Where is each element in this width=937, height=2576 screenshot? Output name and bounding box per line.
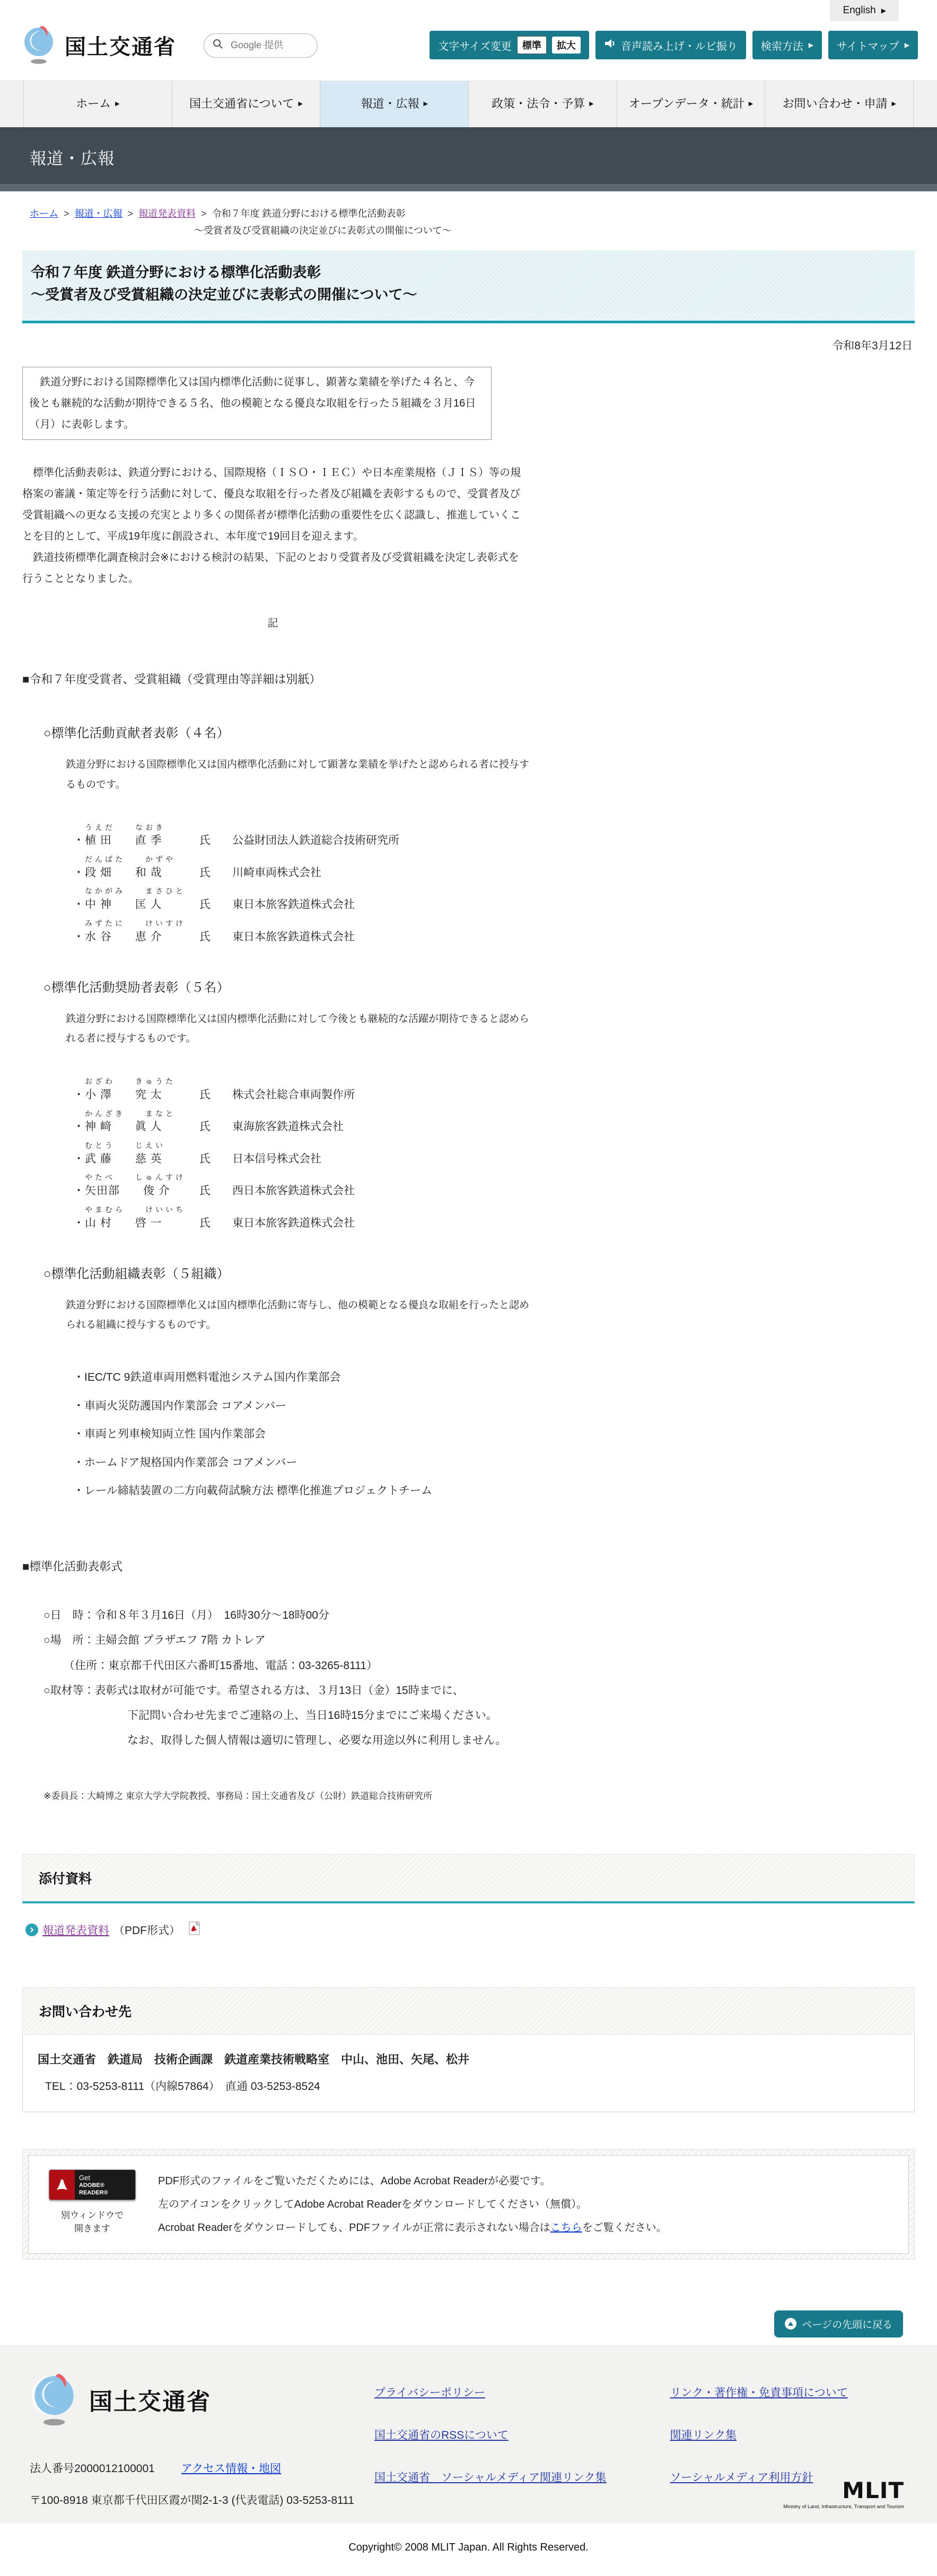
breadcrumb-home[interactable]: ホーム <box>30 208 58 219</box>
english-label: English <box>843 5 875 16</box>
breadcrumb-current-line2: ～受賞者及び受賞組織の決定並びに表彰式の開催について～ <box>194 222 907 239</box>
ceremony-address: （住所：東京都千代田区六番町15番地、電話：03-3265-8111） <box>64 1653 523 1678</box>
breadcrumb-current-line1: 令和７年度 鉄道分野における標準化活動表彰 <box>212 208 406 219</box>
honorific: 氏 <box>199 1150 232 1168</box>
chevron-right-icon: ▶ <box>809 41 813 49</box>
ceremony-press-line1: ○取材等：表彰式は取材が可能です。希望される方は、３月13日（金）15時までに、 <box>43 1678 523 1703</box>
contributors-list: うえだ なおき ・植 田 直 季 氏 公益財団法人鉄道総合技術研究所 だんばた … <box>73 823 523 946</box>
awardees-heading: ■令和７年度受賞者、受賞組織（受賞理由等詳細は別紙） <box>22 668 523 691</box>
recipient-name: ・中 神 匡 人 <box>73 896 199 914</box>
chevron-right-icon: ▶ <box>589 100 593 108</box>
furigana: やたべ しゅんすけ <box>85 1173 523 1182</box>
social-media-links-link[interactable]: 国土交通省 ソーシャルメディア関連リンク集 <box>374 2469 606 2485</box>
contact-department: 国土交通省 鉄道局 技術企画課 鉄道産業技術戦略室 中山、池田、矢尾、松井 <box>38 2051 899 2067</box>
corporate-number-row: 法人番号2000012100001 アクセス情報・地図 <box>30 2460 374 2476</box>
nav-label: 政策・法令・予算 <box>492 96 585 112</box>
furigana: むとう じえい <box>85 1141 523 1150</box>
adobe-line1: PDF形式のファイルをご覧いただくためには、Adobe Acrobat Read… <box>158 2169 667 2193</box>
organizations-list: ・IEC/TC 9鉄道車両用燃料電池システム国内作業部会 ・車両火災防護国内作業… <box>73 1363 523 1505</box>
list-item: ・車両火災防護国内作業部会 コアメンバー <box>73 1392 523 1421</box>
honorific: 氏 <box>199 1086 232 1104</box>
honorific: 氏 <box>199 1118 232 1136</box>
nav-label: 国土交通省について <box>189 96 294 112</box>
search-method-label: 検索方法 <box>761 38 803 53</box>
get-adobe-reader-badge[interactable]: Get ADOBE® READER® <box>49 2169 136 2200</box>
rss-link[interactable]: 国土交通省のRSSについて <box>374 2427 606 2442</box>
breadcrumb: ホーム>報道・広報>報道発表資料>令和７年度 鉄道分野における標準化活動表彰 ～… <box>0 191 937 244</box>
article: 令和７年度 鉄道分野における標準化活動表彰 ～受賞者及び受賞組織の決定並びに表彰… <box>0 250 937 2337</box>
search-method-button[interactable]: 検索方法 ▶ <box>752 31 822 59</box>
adobe-line2: 左のアイコンをクリックしてAdobe Acrobat Readerをダウンロード… <box>158 2193 667 2216</box>
nav-label: オープンデータ・統計 <box>629 96 745 112</box>
list-item: ・レール締結装置の二方向載荷試験方法 標準化推進プロジェクトチーム <box>73 1477 523 1505</box>
list-item: むとう じえい ・武 藤 慈 英 氏 日本信号株式会社 <box>73 1141 523 1168</box>
honorific: 氏 <box>199 1214 232 1232</box>
ceremony-press-line2: 下記問い合わせ先までご連絡の上、当日16時15分までにご来場ください。 <box>127 1703 523 1728</box>
furigana: おざわ きゅうた <box>85 1077 523 1086</box>
recipient-org: 東日本旅客鉄道株式会社 <box>232 1214 355 1232</box>
furigana: みずたに けいすけ <box>85 919 523 928</box>
list-item: だんばた かずや ・段 畑 和 哉 氏 川崎車両株式会社 <box>73 855 523 881</box>
list-item: なかがみ まさひと ・中 神 匡 人 氏 東日本旅客鉄道株式会社 <box>73 887 523 913</box>
list-item: やまむら けいいち ・山 村 啓 一 氏 東日本旅客鉄道株式会社 <box>73 1205 523 1232</box>
recipient-org: 日本信号株式会社 <box>232 1150 321 1168</box>
furigana: なかがみ まさひと <box>85 887 523 896</box>
nav-item-contact[interactable]: お問い合わせ・申請 ▶ <box>765 81 914 127</box>
breadcrumb-press[interactable]: 報道・広報 <box>75 208 122 219</box>
list-item: ・IEC/TC 9鉄道車両用燃料電池システム国内作業部会 <box>73 1363 523 1392</box>
ceremony-place: ○場 所：主婦会館 プラザエフ 7階 カトレア <box>43 1628 523 1653</box>
kochira-link[interactable]: こちら <box>550 2222 582 2234</box>
chevron-right-icon: ▶ <box>891 100 896 108</box>
ceremony-datetime: ○日 時：令和８年３月16日（月） 16時30分～18時00分 <box>43 1603 523 1628</box>
back-to-top-button[interactable]: ページの先頭に戻る <box>774 2310 903 2337</box>
nav-label: ホーム <box>76 96 111 112</box>
mlit-wordmark: MLIT Ministry of Land, Infrastructure, T… <box>783 2480 904 2510</box>
list-item: うえだ なおき ・植 田 直 季 氏 公益財団法人鉄道総合技術研究所 <box>73 823 523 850</box>
recipient-name: ・神 﨑 眞 人 <box>73 1118 199 1136</box>
adobe-logo-icon <box>49 2170 75 2200</box>
access-map-link[interactable]: アクセス情報・地図 <box>181 2463 281 2475</box>
footer-identity: 国土交通省 法人番号2000012100001 アクセス情報・地図 〒100-8… <box>30 2370 374 2508</box>
breadcrumb-separator: > <box>64 208 69 219</box>
back-to-top-row: ページの先頭に戻る <box>22 2310 903 2337</box>
site-title[interactable]: 国土交通省 <box>65 30 176 60</box>
recipient-name: ・小 澤 究 太 <box>73 1086 199 1104</box>
honorific: 氏 <box>199 1182 232 1200</box>
adobe-notice-text: PDF形式のファイルをご覧いただくためには、Adobe Acrobat Read… <box>158 2169 667 2239</box>
paragraph-2: 鉄道技術標準化調査検討会※における検討の結果、下記のとおり受賞者及び受賞組織を決… <box>22 547 523 589</box>
footer-address: 〒100-8918 東京都千代田区霞が関2-1-3 (代表電話) 03-5253… <box>30 2492 374 2508</box>
nav-label: お問い合わせ・申請 <box>782 96 887 112</box>
font-size-button[interactable]: 文字サイズ変更 標準 拡大 <box>430 31 589 59</box>
recipient-org: 株式会社総合車両製作所 <box>232 1086 355 1104</box>
list-item: かんざき まなと ・神 﨑 眞 人 氏 東海旅客鉄道株式会社 <box>73 1109 523 1136</box>
global-nav: ホーム ▶ 国土交通省について ▶ 報道・広報 ▶ 政策・法令・予算 ▶ オープ… <box>0 81 937 127</box>
footer-links: プライバシーポリシー 国土交通省のRSSについて 国土交通省 ソーシャルメディア… <box>374 2384 848 2508</box>
section-title: 報道・広報 <box>30 145 907 169</box>
attachment-row: 報道発表資料 （PDF形式） <box>25 1921 915 1938</box>
font-size-label: 文字サイズ変更 <box>438 38 511 53</box>
encouragement-list: おざわ きゅうた ・小 澤 究 太 氏 株式会社総合車両製作所 かんざき まなと… <box>73 1077 523 1232</box>
chevron-right-icon: ▶ <box>423 100 427 108</box>
recipient-org: 川崎車両株式会社 <box>232 864 321 882</box>
tts-label: 音声読み上げ・ルビ振り <box>621 38 738 53</box>
adobe-notice: Get ADOBE® READER® 別ウィンドウで 開きます PDF形式のファ… <box>22 2149 915 2260</box>
contact-box: 国土交通省 鉄道局 技術企画課 鉄道産業技術戦略室 中山、池田、矢尾、松井 TE… <box>22 2035 915 2112</box>
list-item: ・車両と列車検知両立性 国内作業部会 <box>73 1420 523 1449</box>
related-links-link[interactable]: 関連リンク集 <box>670 2427 847 2442</box>
list-item: みずたに けいすけ ・水 谷 恵 介 氏 東日本旅客鉄道株式会社 <box>73 919 523 946</box>
article-title-line2: ～受賞者及び受賞組織の決定並びに表彰式の開催について～ <box>31 284 906 306</box>
ceremony-heading: ■標準化活動表彰式 <box>22 1555 523 1578</box>
mlit-wordmark-text: MLIT <box>783 2480 904 2502</box>
article-title-panel: 令和７年度 鉄道分野における標準化活動表彰 ～受賞者及び受賞組織の決定並びに表彰… <box>22 250 915 324</box>
chevron-right-icon: ▶ <box>299 100 303 108</box>
footer-site-title: 国土交通省 <box>89 2383 211 2416</box>
nav-item-about[interactable]: 国土交通省について ▶ <box>172 81 320 127</box>
sitemap-button[interactable]: サイトマップ ▶ <box>828 31 918 59</box>
honorific: 氏 <box>199 896 232 914</box>
article-date: 令和8年3月12日 <box>22 337 913 353</box>
font-size-standard-chip[interactable]: 標準 <box>517 36 547 54</box>
mlit-logo <box>30 2370 78 2429</box>
chevron-right-icon: ▶ <box>749 100 753 108</box>
nav-label: 報道・広報 <box>361 96 419 112</box>
contact-phone: TEL：03-5253-8111（内線57864） 直通 03-5253-852… <box>45 2078 899 2094</box>
search-icon <box>213 39 223 52</box>
list-item: おざわ きゅうた ・小 澤 究 太 氏 株式会社総合車両製作所 <box>73 1077 523 1104</box>
nav-item-policy[interactable]: 政策・法令・予算 ▶ <box>468 81 617 127</box>
speaker-icon <box>604 38 616 52</box>
nav-item-opendata[interactable]: オープンデータ・統計 ▶ <box>617 81 765 127</box>
header-buttons: 文字サイズ変更 標準 拡大 音声読み上げ・ルビ振り 検索方法 ▶ サイトマップ … <box>430 31 918 59</box>
lead-box: 鉄道分野における国際標準化又は国内標準化活動に従事し、顕著な業績を挙げた４名と、… <box>22 367 492 440</box>
site-footer: 国土交通省 法人番号2000012100001 アクセス情報・地図 〒100-8… <box>0 2345 937 2524</box>
furigana: かんざき まなと <box>85 1109 523 1118</box>
contributors-desc: 鉄道分野における国際標準化又は国内標準化活動に対して顕著な業績を挙げたと認められ… <box>66 755 532 794</box>
recipient-name: ・植 田 直 季 <box>73 832 199 850</box>
ceremony-press-line3: なお、取得した個人情報は適切に管理し、必要な用途以外に利用しません。 <box>127 1728 523 1753</box>
organizations-desc: 鉄道分野における国際標準化又は国内標準化活動に寄与し、他の模範となる優良な取組を… <box>66 1295 532 1335</box>
pdf-file-icon[interactable] <box>189 1921 200 1938</box>
adobe-badge-get-label: Get <box>79 2174 131 2182</box>
privacy-policy-link[interactable]: プライバシーポリシー <box>374 2384 606 2400</box>
nav-item-press[interactable]: 報道・広報 ▶ <box>320 81 468 127</box>
adobe-line3: Acrobat Readerをダウンロードしても、PDFファイルが正常に表示され… <box>158 2216 667 2239</box>
encouragement-desc: 鉄道分野における国際標準化又は国内標準化活動に対して今後とも継続的な活躍が期待で… <box>66 1009 532 1048</box>
organizations-heading: ○標準化活動組織表彰（５組織） <box>43 1261 523 1287</box>
copyright-bar: Copyright© 2008 MLIT Japan. All Rights R… <box>0 2524 937 2576</box>
recipient-org: 東日本旅客鉄道株式会社 <box>232 928 355 946</box>
tts-button[interactable]: 音声読み上げ・ルビ振り <box>596 31 746 59</box>
site-header: English ▶ 国土交通省 文字サイ <box>0 0 937 81</box>
chevron-right-icon: ▶ <box>881 7 886 14</box>
site-search[interactable] <box>204 33 318 58</box>
recipient-name: ・武 藤 慈 英 <box>73 1150 199 1168</box>
furigana: だんばた かずや <box>85 855 523 864</box>
list-item: ・ホームドア規格国内作業部会 コアメンバー <box>73 1449 523 1477</box>
mlit-logo[interactable] <box>21 23 56 67</box>
furigana: うえだ なおき <box>85 823 523 832</box>
breadcrumb-separator: > <box>128 208 134 219</box>
release-body: 鉄道分野における国際標準化又は国内標準化活動に従事し、顕著な業績を挙げた４名と、… <box>22 367 523 1805</box>
section-title-band: 報道・広報 <box>0 127 937 191</box>
pdf-format-label: （PDF形式） <box>113 1922 180 1938</box>
sitemap-label: サイトマップ <box>837 38 899 53</box>
honorific: 氏 <box>199 864 232 882</box>
copyright-disclaimer-link[interactable]: リンク・著作権・免責事項について <box>670 2384 847 2400</box>
contact-band: お問い合わせ先 <box>22 1987 915 2035</box>
corporate-number: 法人番号2000012100001 <box>30 2463 155 2475</box>
honorific: 氏 <box>199 832 232 850</box>
honorific: 氏 <box>199 928 232 946</box>
attachments-band: 添付資料 <box>22 1854 915 1903</box>
encouragement-heading: ○標準化活動奨励者表彰（５名） <box>43 975 523 1001</box>
recipient-name: ・矢田部 俊 介 <box>73 1182 199 1200</box>
adobe-badge-reader-label: ADOBE® READER® <box>79 2182 131 2197</box>
press-release-pdf-link[interactable]: 報道発表資料 <box>42 1922 109 1938</box>
recipient-name: ・段 畑 和 哉 <box>73 864 199 882</box>
adobe-badge-column: Get ADOBE® READER® 別ウィンドウで 開きます <box>45 2169 140 2239</box>
english-button[interactable]: English ▶ <box>830 0 899 21</box>
article-title-line1: 令和７年度 鉄道分野における標準化活動表彰 <box>31 262 906 284</box>
recipient-org: 公益財団法人鉄道総合技術研究所 <box>232 832 399 850</box>
recipient-name: ・水 谷 恵 介 <box>73 928 199 946</box>
footer-links-col1: プライバシーポリシー 国土交通省のRSSについて 国土交通省 ソーシャルメディア… <box>374 2384 606 2508</box>
breadcrumb-separator: > <box>201 208 207 219</box>
search-input[interactable] <box>230 39 304 51</box>
recipient-org: 西日本旅客鉄道株式会社 <box>232 1182 355 1200</box>
arrow-bullet-icon <box>25 1924 38 1936</box>
new-window-caption: 別ウィンドウで 開きます <box>45 2209 140 2236</box>
mlit-tagline: Ministry of Land, Infrastructure, Transp… <box>783 2504 904 2510</box>
recipient-org: 東日本旅客鉄道株式会社 <box>232 896 355 914</box>
paragraph-1: 標準化活動表彰は、鉄道分野における、国際規格（ＩＳＯ・ＩＥＣ）や日本産業規格（Ｊ… <box>22 462 523 547</box>
breadcrumb-press-release[interactable]: 報道発表資料 <box>138 208 196 219</box>
chevron-right-icon: ▶ <box>905 41 909 49</box>
contributors-heading: ○標準化活動貢献者表彰（４名） <box>43 721 523 746</box>
furigana: やまむら けいいち <box>85 1205 523 1214</box>
list-item: やたべ しゅんすけ ・矢田部 俊 介 氏 西日本旅客鉄道株式会社 <box>73 1173 523 1199</box>
arrow-up-icon <box>785 2318 796 2330</box>
recipient-name: ・山 村 啓 一 <box>73 1214 199 1232</box>
back-to-top-label: ページの先頭に戻る <box>802 2317 892 2331</box>
font-size-large-chip[interactable]: 拡大 <box>552 37 581 54</box>
nav-item-home[interactable]: ホーム ▶ <box>23 81 172 127</box>
chevron-right-icon: ▶ <box>115 100 119 108</box>
chairman-note: ※委員長：大崎博之 東京大学大学院教授、事務局：国土交通省及び（公財）鉄道総合技… <box>43 1787 523 1805</box>
ki-marker: 記 <box>22 613 523 634</box>
recipient-org: 東海旅客鉄道株式会社 <box>232 1118 344 1136</box>
